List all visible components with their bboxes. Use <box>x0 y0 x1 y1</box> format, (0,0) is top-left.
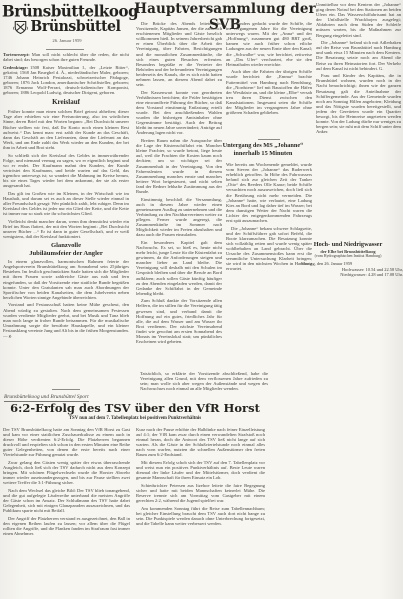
sport-paragraph: Am kommenden Sonntag führt die Reise zum… <box>136 506 265 526</box>
masthead-rule <box>46 49 84 50</box>
johanne-headline-line2: innerhalb 15 Minuten <box>208 150 318 158</box>
svb-paragraph: Die Brücke des Abends leitete der Vorsit… <box>136 21 222 87</box>
masthead-title-top: Brünsbüttelkoog <box>2 3 132 20</box>
kreislauf-paragraph: Das gilt im Großen wie im Kleinen, in de… <box>3 191 129 216</box>
closing-note-paragraph: Tatsächlich, so erklärte der Vorsitzende… <box>140 371 268 391</box>
sport-subhead: TSV nun auf dem 7. Tabellenplatz bei pos… <box>2 416 268 421</box>
section-end-rule <box>52 389 80 390</box>
angler-paragraph: Vorstand und Festausschuß hatten keine M… <box>3 302 129 338</box>
gedenktage-paragraph: Gedenktage:1508 Kaiser Maximilian I., de… <box>3 65 129 96</box>
johanne-paragraph: Die „Johanne“ befand sich mit Adlerbaken… <box>316 40 401 71</box>
daily-quote: Tortenrezept:Man soll nicht schlecht übe… <box>3 52 129 62</box>
svb-paragraph: Auch über die Fahrten der übrigen Schiff… <box>226 69 312 115</box>
tide-box: Hoch- und Niedrigwasser der Elbe bei Bru… <box>293 241 403 278</box>
masthead-title-bottom: Brünsbüttel <box>30 19 120 36</box>
coat-of-arms-icon <box>13 20 28 35</box>
masthead-date: 26. Januar 1959 <box>2 38 132 43</box>
kreislauf-paragraph: Früher konnte man einen solchen Brief ge… <box>3 109 129 150</box>
sport-paragraph: Schiedsrichter Petersen aus Itzehoe leit… <box>136 483 265 503</box>
johanne-paragraph: Unmittelbar vor dem Kentern der „Johanne… <box>316 2 401 38</box>
johanne-paragraph: Frau und Kinder des Kapitäns, die in Bru… <box>316 73 401 134</box>
svb-paragraph: Besonders gedacht wurde der Schiffe, die… <box>226 21 312 67</box>
svb-paragraph: Zum Schluß dankte der Vorsitzende allen … <box>136 298 222 344</box>
masthead: Brünsbüttelkoog Brünsbüttel 26. Januar 1… <box>2 3 132 43</box>
tide-heading: Hoch- und Niedrigwasser <box>293 241 403 249</box>
sport-column-2: Kurz nach der Pause erhöhte der Halblink… <box>136 427 265 599</box>
johanne-paragraph: Wie bereits am Wochenende gemeldet, wurd… <box>226 162 312 223</box>
sport-paragraph: Kurz nach der Pause erhöhte der Halblink… <box>136 427 265 458</box>
article-headline-johanne: Untergang des MS „Johanne“ innerhalb 15 … <box>208 142 318 157</box>
heading-kreislauf: Kreislauf <box>3 98 129 107</box>
svb-paragraph: Der Kassenwart konnte von geordneten Ver… <box>136 90 222 136</box>
svb-paragraph: Einstimmig beschloß die Versammlung, auc… <box>136 197 222 238</box>
kreislauf-paragraph: So schließt sich der Kreislauf des Gelde… <box>3 153 129 189</box>
closing-note: Tatsächlich, so erklärte der Vorsitzende… <box>140 371 268 392</box>
sport-paragraph: Der TSV Brunsbüttelkoog hatte am Sonntag… <box>3 427 130 458</box>
tide-subline-2: (vom Hydrographischen Institut Hamburg) <box>293 254 403 259</box>
sport-paragraph: Zwar gelang den Gästen wenig später der … <box>3 460 130 485</box>
heading-angler-line1: Glanzvolle <box>3 242 129 250</box>
johanne-rule <box>258 139 280 140</box>
left-column: Tortenrezept:Man soll nicht schlecht übe… <box>3 52 129 386</box>
angler-paragraph: In einem glanzvollen, harmonischen Rahme… <box>3 259 129 300</box>
svb-column-2: Besonders gedacht wurde der Schiffe, die… <box>226 21 312 137</box>
right-column: Unmittelbar vor dem Kentern der „Johanne… <box>316 2 401 160</box>
sport-column-1: Der TSV Brunsbüttelkoog hatte am Sonntag… <box>3 427 130 599</box>
sport-headline: 6:2-Erfolg des TSV über den VfR Horst <box>2 401 268 415</box>
tide-lowwater: Niedrigwasser: 4.28 und 17.08 Uhr. <box>293 272 403 278</box>
johanne-headline-line1: Untergang des MS „Johanne“ <box>208 142 318 150</box>
newspaper-page: Brünsbüttelkoog Brünsbüttel 26. Januar 1… <box>0 0 403 599</box>
sport-paragraph: Mit diesem Erfolg schob sich der TSV auf… <box>136 460 265 480</box>
heading-angler-line2: Jubiläumsfeier der Angler <box>3 250 129 258</box>
heading-angler: Glanzvolle Jubiläumsfeier der Angler <box>3 242 129 257</box>
kreislauf-paragraph: Vielleicht denkt mancher daran, wenn ihm… <box>3 219 129 239</box>
svb-column-1: Die Brücke des Abends leitete der Vorsit… <box>136 21 222 370</box>
sport-paragraph: Der Angriff der Platzherren verstand es … <box>3 516 130 536</box>
svb-paragraph: Ein besonderes Kapitel galt dem Nachwuch… <box>136 240 222 296</box>
sport-paragraph: Nach dem Wechsel das gleiche Bild: Der T… <box>3 488 130 513</box>
gedenktage-text: 1508 Kaiser Maximilian I., der „Letzte R… <box>3 65 129 95</box>
